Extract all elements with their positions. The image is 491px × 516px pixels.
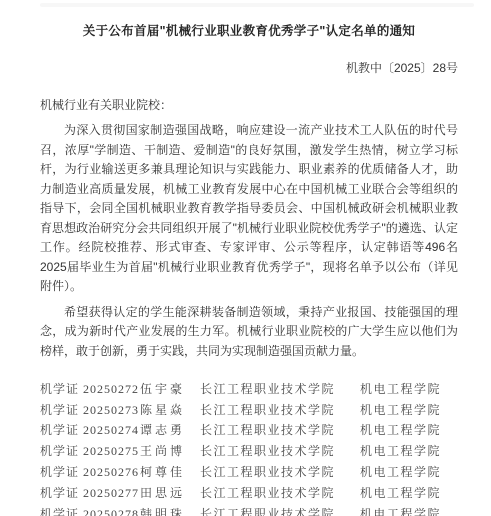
college-cell: 机电工程学院	[360, 380, 458, 397]
school-cell: 长江工程职业技术学院	[200, 442, 360, 459]
top-divider	[40, 3, 474, 7]
cert-cell: 机学证 20250277	[40, 484, 140, 501]
cert-cell: 机学证 20250272	[40, 380, 140, 397]
college-cell: 机电工程学院	[360, 421, 458, 438]
school-cell: 长江工程职业技术学院	[200, 380, 360, 397]
name-cell: 王尚博	[140, 442, 200, 459]
name-cell: 伍宇豪	[140, 380, 200, 397]
table-row: 机学证 20250275 王尚博 长江工程职业技术学院 机电工程学院	[40, 440, 458, 461]
document-title: 关于公布首届"机械行业职业教育优秀学子"认定名单的通知	[40, 22, 458, 40]
body-paragraph-1: 为深入贯彻国家制造强国战略，响应建设一流产业技术工人队伍的时代号召，浓厚"学制造…	[40, 121, 458, 297]
school-cell: 长江工程职业技术学院	[200, 505, 360, 516]
notice-page: { "page": { "title": "关于公布首届\"机械行业职业教育优秀…	[0, 0, 491, 516]
name-cell: 陈星焱	[140, 401, 200, 418]
school-cell: 长江工程职业技术学院	[200, 421, 360, 438]
name-cell: 韩明珠	[140, 505, 200, 516]
table-row: 机学证 20250272 伍宇豪 长江工程职业技术学院 机电工程学院	[40, 378, 458, 399]
name-cell: 田思远	[140, 484, 200, 501]
school-cell: 长江工程职业技术学院	[200, 463, 360, 480]
body-paragraph-2: 希望获得认定的学生能深耕装备制造领域，秉持产业报国、技能强国的理念，成为新时代产…	[40, 303, 458, 362]
cert-cell: 机学证 20250276	[40, 463, 140, 480]
college-cell: 机电工程学院	[360, 442, 458, 459]
cert-cell: 机学证 20250273	[40, 401, 140, 418]
college-cell: 机电工程学院	[360, 505, 458, 516]
salutation: 机械行业有关职业院校：	[40, 97, 458, 114]
name-cell: 柯尊佳	[140, 463, 200, 480]
table-row: 机学证 20250273 陈星焱 长江工程职业技术学院 机电工程学院	[40, 399, 458, 420]
name-cell: 谭志勇	[140, 421, 200, 438]
school-cell: 长江工程职业技术学院	[200, 401, 360, 418]
cert-cell: 机学证 20250275	[40, 442, 140, 459]
school-cell: 长江工程职业技术学院	[200, 484, 360, 501]
cert-cell: 机学证 20250274	[40, 421, 140, 438]
college-cell: 机电工程学院	[360, 401, 458, 418]
college-cell: 机电工程学院	[360, 484, 458, 501]
table-row: 机学证 20250277 田思远 长江工程职业技术学院 机电工程学院	[40, 482, 458, 503]
notice-document: 关于公布首届"机械行业职业教育优秀学子"认定名单的通知 机教中〔2025〕28号…	[0, 22, 491, 516]
college-cell: 机电工程学院	[360, 463, 458, 480]
awardee-table: 机学证 20250272 伍宇豪 长江工程职业技术学院 机电工程学院 机学证 2…	[40, 378, 458, 516]
table-row: 机学证 20250274 谭志勇 长江工程职业技术学院 机电工程学院	[40, 420, 458, 441]
document-number: 机教中〔2025〕28号	[40, 60, 458, 77]
table-row: 机学证 20250276 柯尊佳 长江工程职业技术学院 机电工程学院	[40, 461, 458, 482]
cert-cell: 机学证 20250278	[40, 505, 140, 516]
table-row: 机学证 20250278 韩明珠 长江工程职业技术学院 机电工程学院	[40, 503, 458, 516]
